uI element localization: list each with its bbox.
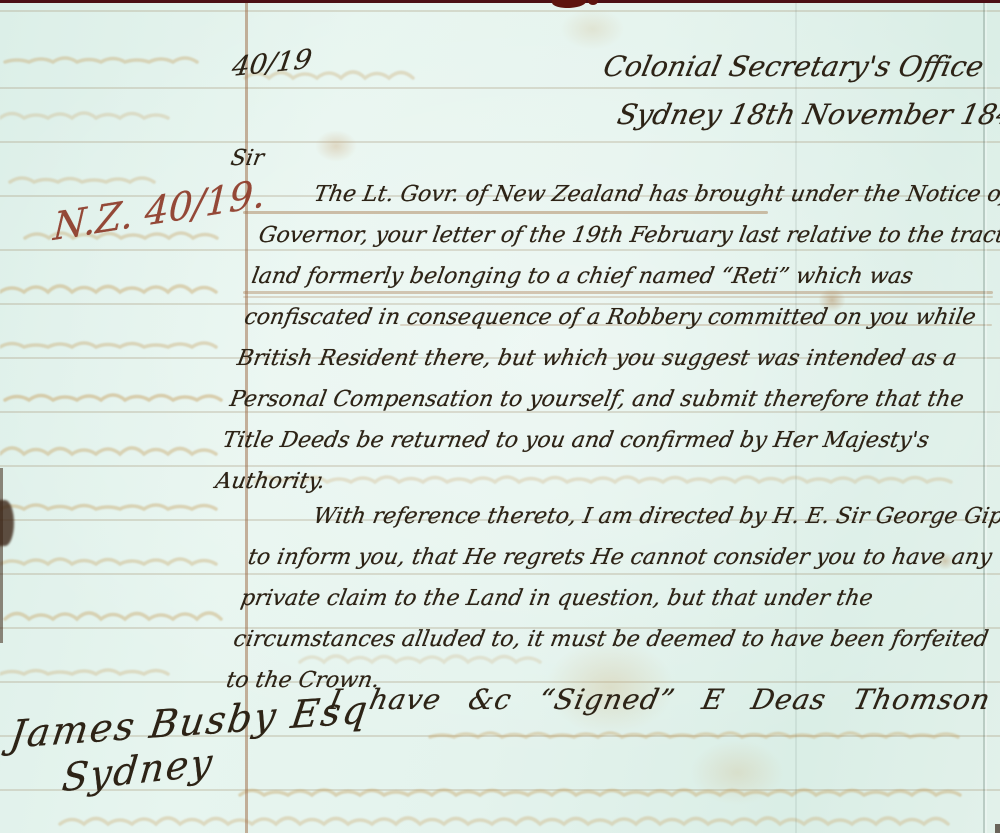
letter-paragraph-1: The Lt. Govr. of New Zealand has brought… [212, 174, 1000, 502]
letter-page: 40/19 Colonial Secretary's Office Sydney… [0, 0, 1000, 833]
letter-line: Title Deeds be returned to you and confi… [219, 420, 982, 461]
letter-line: circumstances alluded to, it must be dee… [230, 619, 993, 660]
letter-line: British Resident there, but which you su… [234, 338, 997, 379]
letter-line: With reference thereto, I am directed by… [310, 496, 1000, 537]
letter-line: Governor, your letter of the 19th Februa… [255, 215, 1000, 256]
letter-line: confiscated in consequence of a Robbery … [241, 297, 1000, 338]
photo-edge-top [0, 0, 1000, 3]
letter-line: private claim to the Land in question, b… [237, 578, 1000, 619]
letter-line: land formerly belonging to a chief named… [248, 256, 1000, 297]
place-date-line: Sydney 18th November 1840 [614, 98, 1000, 131]
photo-edge-left [0, 468, 3, 643]
letter-line: to inform you, that He regrets He cannot… [245, 537, 1000, 578]
letter-line: The Lt. Govr. of New Zealand has brought… [311, 174, 1000, 215]
photo-edge-corner [995, 824, 1000, 833]
closing-signature: I have &c “Signed” E Deas Thomson [326, 683, 993, 716]
office-heading: Colonial Secretary's Office [600, 50, 986, 83]
salutation: Sir [229, 146, 266, 171]
letter-paragraph-2: With reference thereto, I am directed by… [223, 496, 1000, 701]
letter-line: Personal Compensation to yourself, and s… [227, 379, 990, 420]
